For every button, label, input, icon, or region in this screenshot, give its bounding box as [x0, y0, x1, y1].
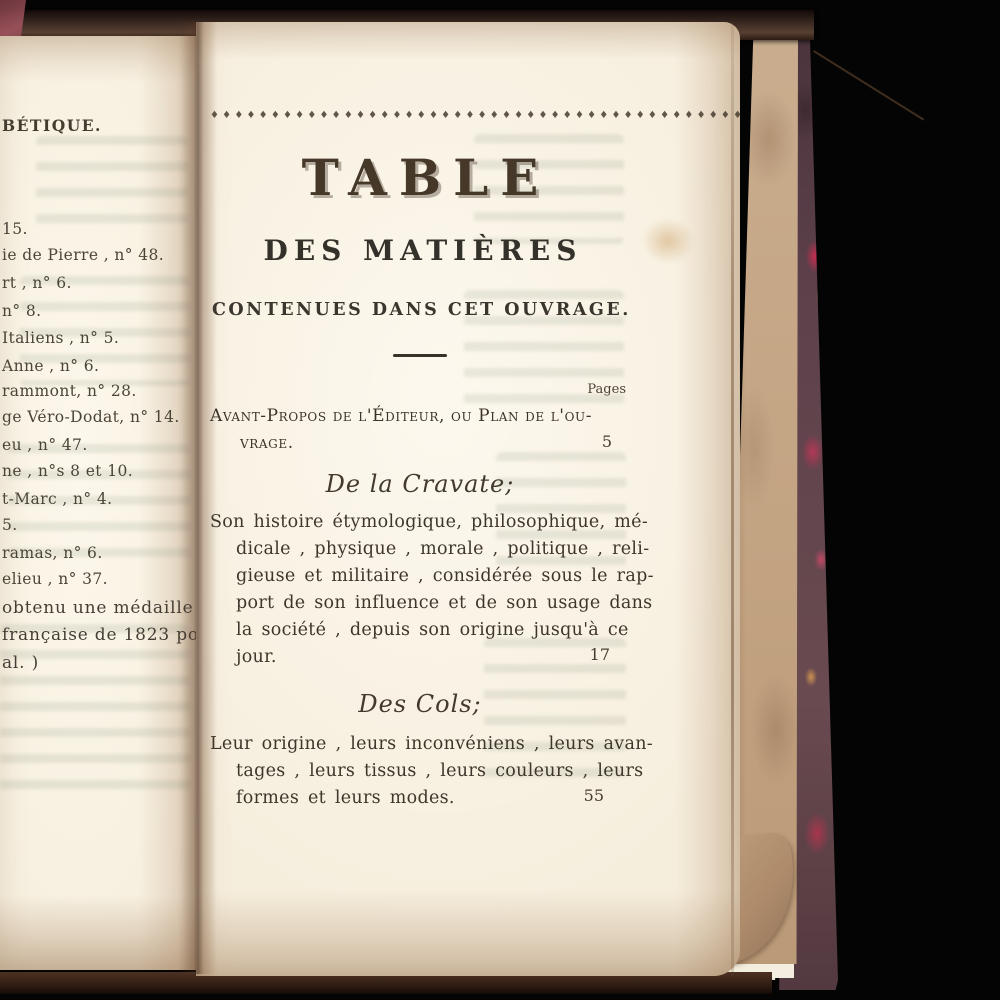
show-through-ghost: [36, 136, 188, 228]
right-page-content: ♦♦♦♦♦♦♦♦♦♦♦♦♦♦♦♦♦♦♦♦♦♦♦♦♦♦♦♦♦♦♦♦♦♦♦♦♦♦♦♦…: [210, 22, 630, 976]
toc-paragraph-line: formes et leurs modes.: [236, 788, 455, 808]
left-page: BÉTIQUE. 15. ie de Pierre , n° 48. rt , …: [0, 36, 198, 970]
page-tagline: CONTENUES DANS CET OUVRAGE.: [210, 300, 630, 320]
toc-paragraph-line: tages , leurs tissus , leurs couleurs , …: [236, 761, 643, 781]
section-rule: [393, 354, 447, 357]
left-page-entry: Anne , n° 6.: [2, 357, 99, 375]
toc-heading-cravate: De la Cravate;: [210, 470, 630, 498]
left-page-entry: Italiens , n° 5.: [2, 329, 119, 347]
left-page-entry: ramas, n° 6.: [2, 544, 103, 562]
pages-column-label: Pages: [587, 382, 626, 397]
ornament-row: ♦♦♦♦♦♦♦♦♦♦♦♦♦♦♦♦♦♦♦♦♦♦♦♦♦♦♦♦♦♦♦♦♦♦♦♦♦♦♦♦…: [210, 110, 630, 121]
left-page-entry: rammont, n° 28.: [2, 382, 137, 400]
show-through-ghost: [0, 624, 190, 794]
right-page: ♦♦♦♦♦♦♦♦♦♦♦♦♦♦♦♦♦♦♦♦♦♦♦♦♦♦♦♦♦♦♦♦♦♦♦♦♦♦♦♦…: [196, 22, 740, 976]
book-photo: BÉTIQUE. 15. ie de Pierre , n° 48. rt , …: [0, 0, 1000, 1000]
left-page-entry: eu , n° 47.: [2, 436, 88, 454]
toc-entry-avant-propos: Avant-Propos de l'Éditeur, ou Plan de l'…: [210, 406, 592, 426]
left-page-entry: ne , n°s 8 et 10.: [2, 462, 133, 480]
page-title: TABLE: [210, 148, 630, 207]
left-page-entry: n° 8.: [2, 302, 41, 320]
toc-paragraph-line: port de son influence et de son usage da…: [236, 593, 652, 613]
left-page-note-line: al. ): [2, 653, 39, 673]
toc-entry-avant-propos: vrage.: [240, 433, 294, 453]
toc-page-number: 5: [602, 432, 612, 451]
toc-paragraph-line: dicale , physique , morale , politique ,…: [236, 539, 649, 559]
left-page-entry: 5.: [2, 516, 18, 534]
toc-paragraph-line: la société , depuis son origine jusqu'à …: [236, 620, 629, 640]
left-page-entry: ie de Pierre , n° 48.: [2, 246, 164, 264]
toc-page-number: 55: [584, 786, 604, 805]
left-page-entry: ge Véro-Dodat, n° 14.: [2, 408, 180, 426]
page-subtitle: DES MATIÈRES: [210, 234, 630, 267]
gutter-shadow: [178, 22, 216, 974]
toc-paragraph-line: Son histoire étymologique, philosophique…: [210, 512, 648, 532]
toc-paragraph-line: jour.: [236, 647, 277, 667]
page-corner-crease: [813, 50, 924, 121]
left-page-entry: rt , n° 6.: [2, 274, 72, 292]
foxing-stain: [642, 218, 694, 264]
left-page-entry: elieu , n° 37.: [2, 570, 108, 588]
left-page-entry: 15.: [2, 220, 28, 238]
left-page-header: BÉTIQUE.: [2, 116, 102, 135]
toc-heading-cols: Des Cols;: [210, 690, 630, 718]
toc-page-number: 17: [590, 645, 610, 664]
toc-paragraph-line: gieuse et militaire , considérée sous le…: [236, 566, 654, 586]
left-page-entry: t-Marc , n° 4.: [2, 490, 113, 508]
toc-paragraph-line: Leur origine , leurs inconvéniens , leur…: [210, 734, 653, 754]
